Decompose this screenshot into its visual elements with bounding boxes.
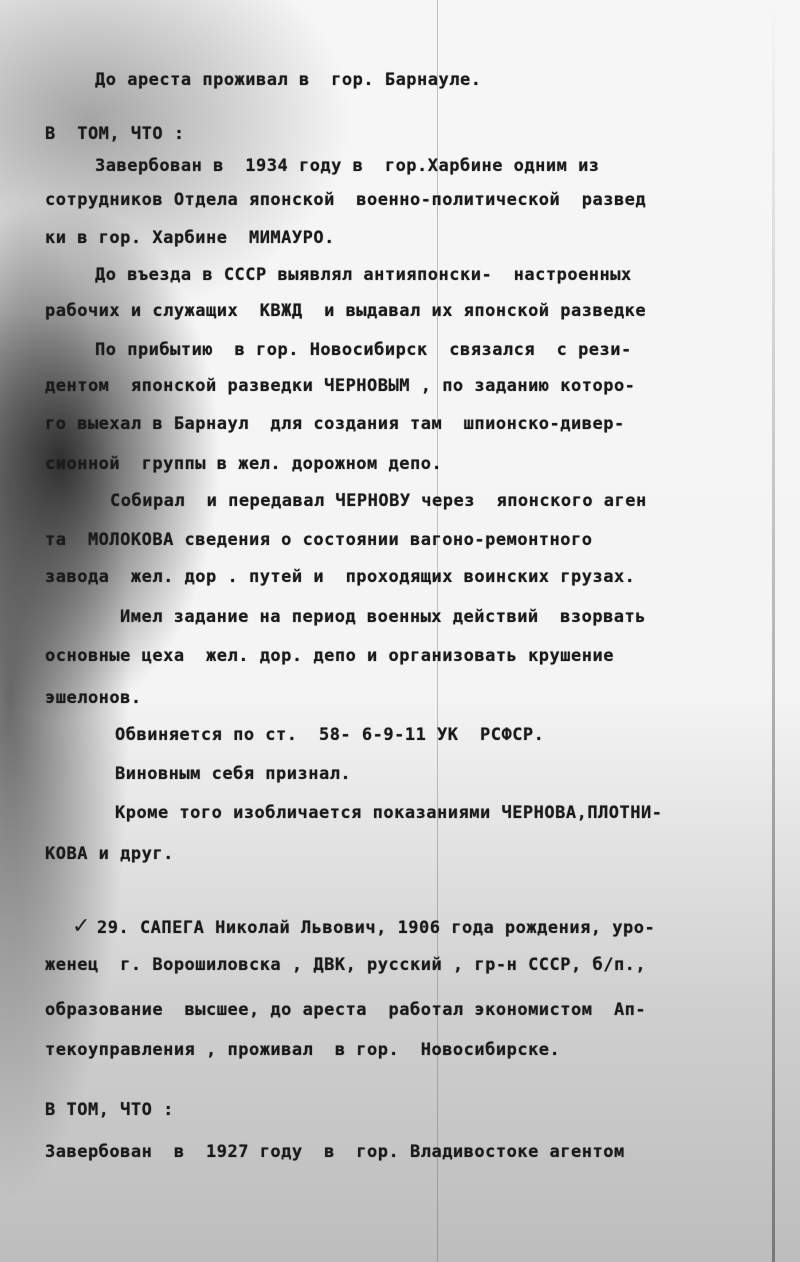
text-line-confession: Виновным себя признал. xyxy=(115,764,351,784)
text-line: сионной группы в жел. дорожном депо. xyxy=(45,454,442,474)
text-line-charge-header-1: В ТОМ, ЧТО : xyxy=(45,124,185,144)
text-line: текоуправления , проживал в гор. Новосиб… xyxy=(45,1040,560,1060)
text-line: сотрудников Отдела японской военно-полит… xyxy=(45,190,646,210)
text-line: завода жел. дор . путей и проходящих вои… xyxy=(45,567,635,587)
text-line: Собирал и передавал ЧЕРНОВУ через японск… xyxy=(110,491,647,511)
text-line: дентом японской разведки ЧЕРНОВЫМ , по з… xyxy=(45,376,635,396)
text-line-charge-header-2: В ТОМ, ЧТО : xyxy=(45,1100,174,1120)
text-line: образование высшее, до ареста работал эк… xyxy=(45,1000,646,1020)
text-line-accusation: Обвиняется по ст. 58- 6-9-11 УК РСФСР. xyxy=(115,725,544,745)
text-line: По прибытию в гор. Новосибирск связался … xyxy=(95,340,632,360)
text-line: основные цеха жел. дор. депо и организов… xyxy=(45,646,614,666)
text-line: ки в гор. Харбине МИМАУРО. xyxy=(45,228,335,248)
text-line: го выехал в Барнаул для создания там шпи… xyxy=(45,414,625,434)
text-line: Завербован в 1927 году в гор. Владивосто… xyxy=(45,1142,625,1162)
text-line: Имел задание на период военных действий … xyxy=(120,607,646,627)
text-line: До въезда в СССР выявлял антияпонски- на… xyxy=(95,265,632,285)
text-line-entry-29: 29. САПЕГА Николай Львович, 1906 года ро… xyxy=(97,918,655,938)
text-line: Завербован в 1934 году в гор.Харбине одн… xyxy=(95,156,600,176)
text-line: эшелонов. xyxy=(45,688,142,708)
text-line: женец г. Ворошиловска , ДВК, русский , г… xyxy=(45,955,646,975)
text-line: та МОЛОКОВА сведения о состоянии вагоно-… xyxy=(45,530,592,550)
text-line: КОВА и друг. xyxy=(45,844,174,864)
page-right-edge xyxy=(772,0,775,1262)
check-mark-icon: ✓ xyxy=(72,914,90,939)
text-line: рабочих и служащих КВЖД и выдавал их япо… xyxy=(45,301,646,321)
text-line-residence: До ареста проживал в гор. Барнауле. xyxy=(95,70,481,90)
scanned-document-page: До ареста проживал в гор. Барнауле. В ТО… xyxy=(0,0,800,1262)
text-line: Кроме того изобличается показаниями ЧЕРН… xyxy=(115,803,662,823)
